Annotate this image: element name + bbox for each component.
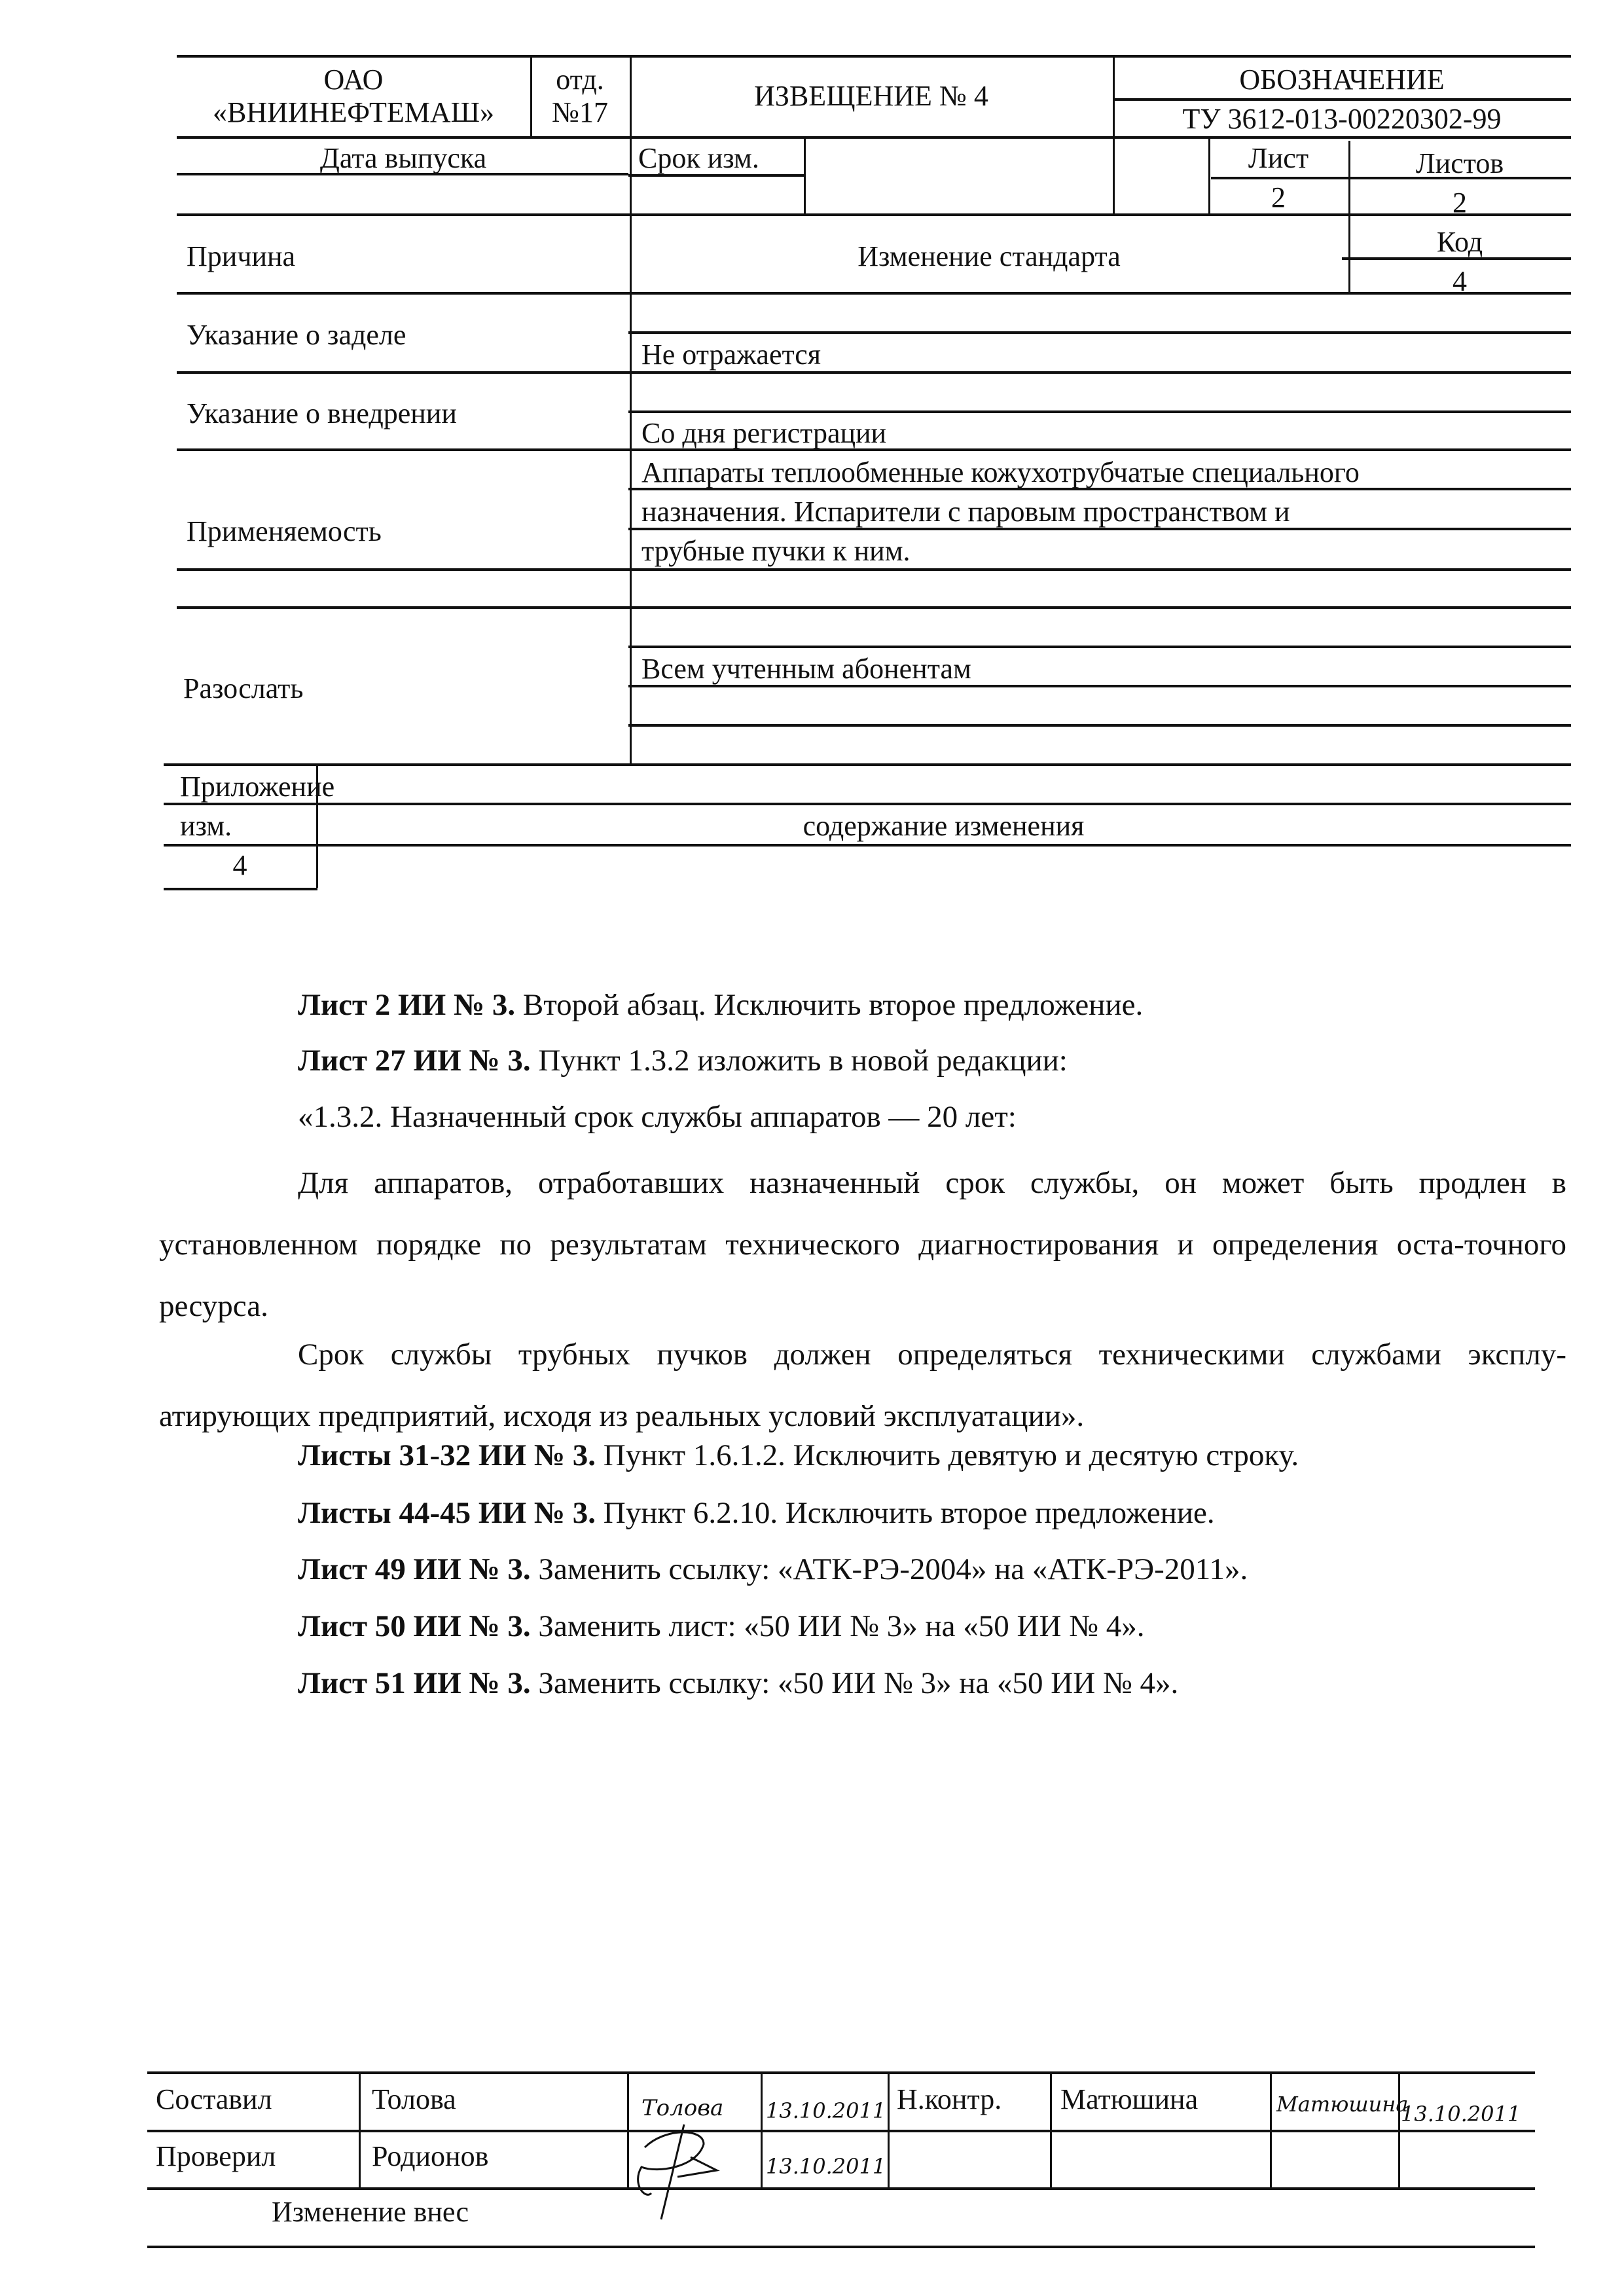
distribute-value: Всем учтенным абонентам (641, 655, 971, 683)
sheets-label: Листов (1348, 149, 1571, 178)
norm-control-date: 13.10.2011 (1401, 2102, 1521, 2126)
compiled-date: 13.10.2011 (766, 2098, 886, 2123)
distribute-label: Разослать (183, 674, 303, 703)
org-name-line2: «ВНИИНЕФТЕМАШ» (177, 98, 530, 127)
sheet-label: Лист (1208, 144, 1348, 173)
content-item: Листы 44-45 ИИ № 3. Пункт 6.2.10. Исключ… (298, 1498, 1215, 1529)
paragraph-tube-bundle-life: Срок службы трубных пучков должен опреде… (159, 1324, 1566, 1447)
content-item: Листы 31-32 ИИ № 3. Пункт 1.6.1.2. Исклю… (298, 1440, 1299, 1471)
designation-value: ТУ 3612-013-00220302-99 (1113, 105, 1571, 134)
change-num-label: изм. (180, 812, 232, 841)
applicability-line-3: трубные пучки к ним. (641, 537, 911, 566)
compiled-signature: Толова (641, 2095, 723, 2121)
backlog-label: Указание о заделе (187, 321, 406, 350)
designation-label: ОБОЗНАЧЕНИЕ (1113, 65, 1571, 94)
content-item: Лист 27 ИИ № 3. Пункт 1.3.2 изложить в н… (298, 1046, 1068, 1076)
backlog-value: Не отражается (641, 340, 821, 369)
notice-title: ИЗВЕЩЕНИЕ № 4 (630, 82, 1113, 111)
norm-control-signature: Матюшина (1276, 2092, 1408, 2117)
change-content-label: содержание изменения (316, 812, 1571, 841)
norm-control-label: Н.контр. (897, 2085, 1001, 2114)
implementation-label: Указание о внедрении (187, 399, 457, 428)
dept-number: №17 (530, 98, 630, 127)
content-item: Лист 2 ИИ № 3. Второй абзац. Исключить в… (298, 990, 1143, 1021)
content-item: Лист 51 ИИ № 3. Заменить ссылку: «50 ИИ … (298, 1668, 1178, 1699)
code-value: 4 (1348, 267, 1571, 296)
change-made-label: Изменение внес (272, 2198, 469, 2227)
content-item: Лист 49 ИИ № 3. Заменить ссылку: «АТК-РЭ… (298, 1554, 1248, 1585)
checked-signature-icon (625, 2121, 776, 2226)
issue-date-label: Дата выпуска (177, 144, 630, 173)
change-term-label: Срок изм. (638, 144, 759, 173)
sheets-value: 2 (1348, 189, 1571, 217)
attachment-label: Приложение (180, 773, 334, 801)
content-item: Лист 50 ИИ № 3. Заменить лист: «50 ИИ № … (298, 1611, 1144, 1642)
checked-name: Родионов (372, 2142, 488, 2171)
org-name-line1: ОАО (177, 65, 530, 94)
checked-label: Проверил (156, 2142, 276, 2171)
applicability-line-1: Аппараты теплообменные кожухотрубчатые с… (641, 458, 1360, 487)
paragraph-service-life-extension: Для аппаратов, отработавших назначенный … (159, 1152, 1566, 1337)
reason-label: Причина (187, 242, 295, 271)
content-item: «1.3.2. Назначенный срок службы аппарато… (298, 1102, 1017, 1133)
checked-date: 13.10.2011 (766, 2154, 886, 2179)
sheet-value: 2 (1208, 183, 1348, 212)
compiled-label: Составил (156, 2085, 272, 2114)
dept-label: отд. (530, 65, 630, 94)
applicability-label: Применяемость (187, 517, 382, 546)
applicability-line-2: назначения. Испарители с паровым простра… (641, 498, 1290, 526)
reason-value: Изменение стандарта (630, 242, 1348, 271)
compiled-name: Толова (372, 2085, 456, 2114)
implementation-value: Со дня регистрации (641, 419, 886, 448)
norm-control-name: Матюшина (1060, 2085, 1198, 2114)
code-label: Код (1348, 228, 1571, 257)
change-num-value: 4 (164, 851, 316, 880)
